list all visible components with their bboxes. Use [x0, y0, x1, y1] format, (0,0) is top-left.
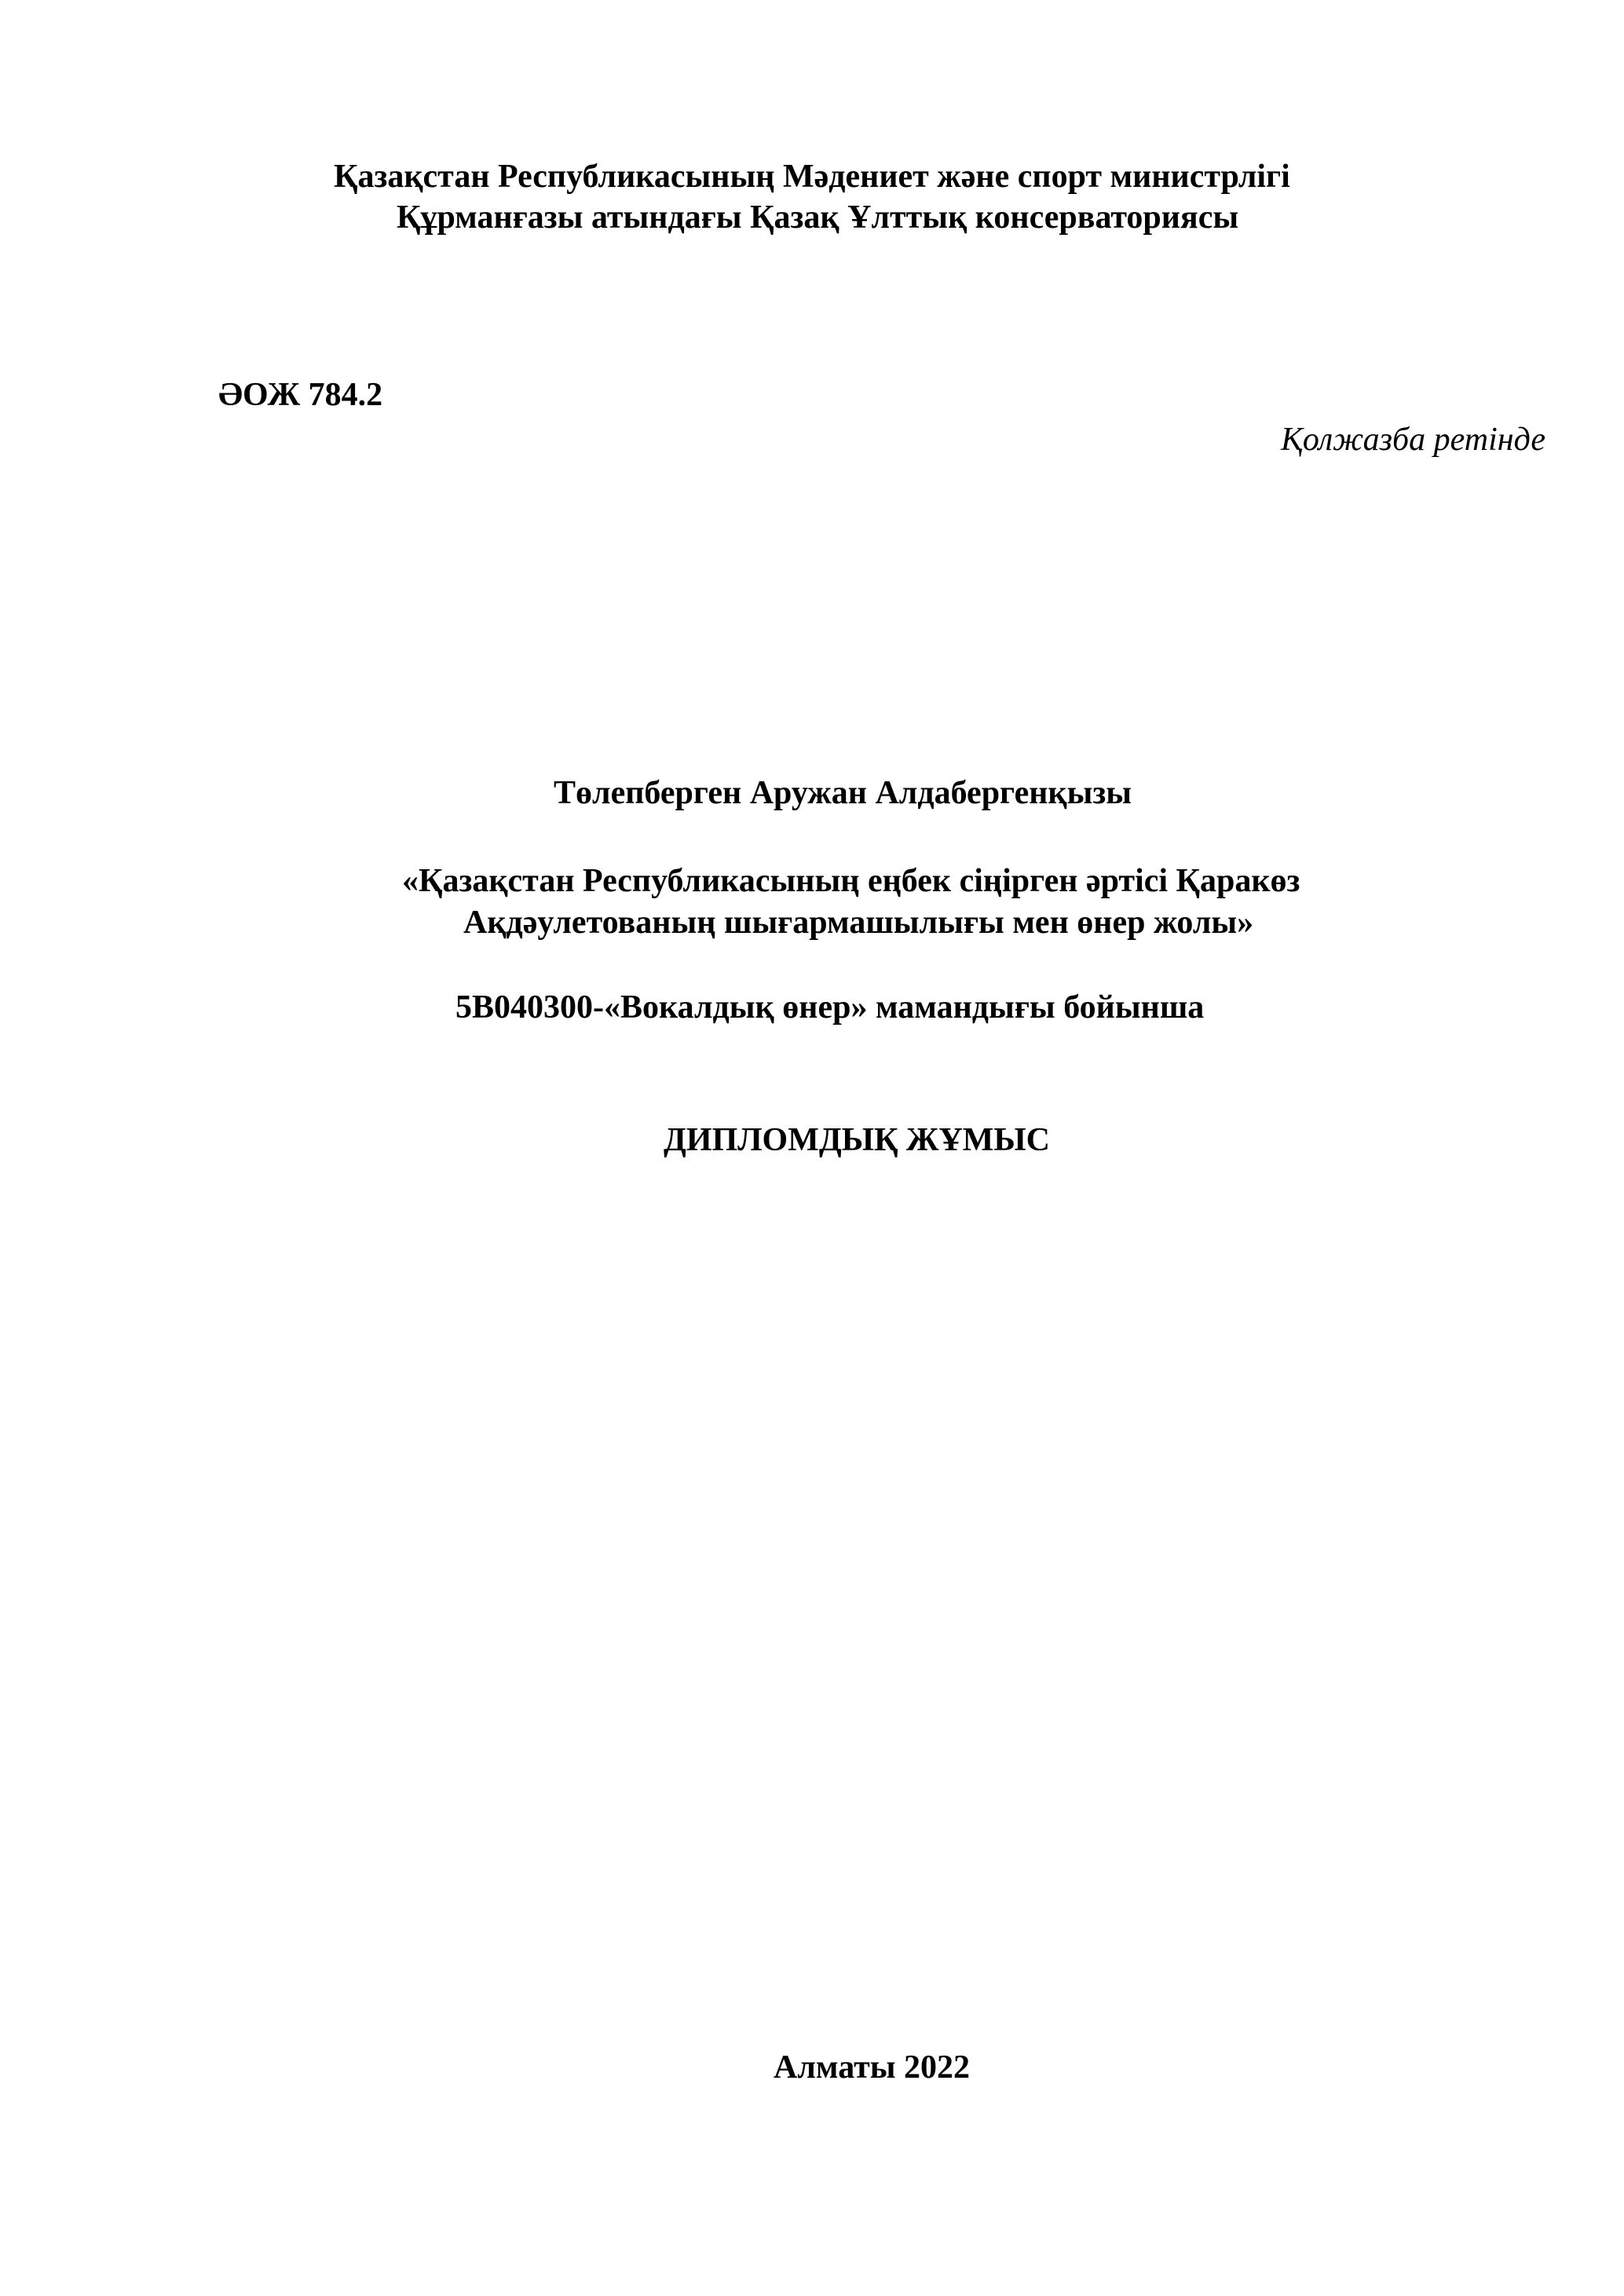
author-name: Төлепберген Аружан Алдабергенқызы [554, 773, 1132, 813]
ministry-heading: Қазақстан Республикасының Мәдениет және … [334, 157, 1290, 196]
city-year: Алматы 2022 [774, 2048, 970, 2087]
thesis-title-line-1: «Қазақстан Республикасының еңбек сіңірге… [402, 861, 1300, 901]
institution-heading: Құрманғазы атындағы Қазақ Ұлттық консерв… [397, 198, 1238, 237]
work-type-heading: ДИПЛОМДЫҚ ЖҰМЫС [664, 1121, 1050, 1160]
manuscript-note: Қолжазба ретінде [1281, 420, 1545, 459]
specialty-line: 5В040300-«Вокалдық өнер» мамандығы бойын… [455, 988, 1204, 1027]
udc-code: ӘОЖ 784.2 [218, 375, 382, 415]
thesis-title-line-2: Ақдәулетованың шығармашылығы мен өнер жо… [463, 903, 1253, 942]
